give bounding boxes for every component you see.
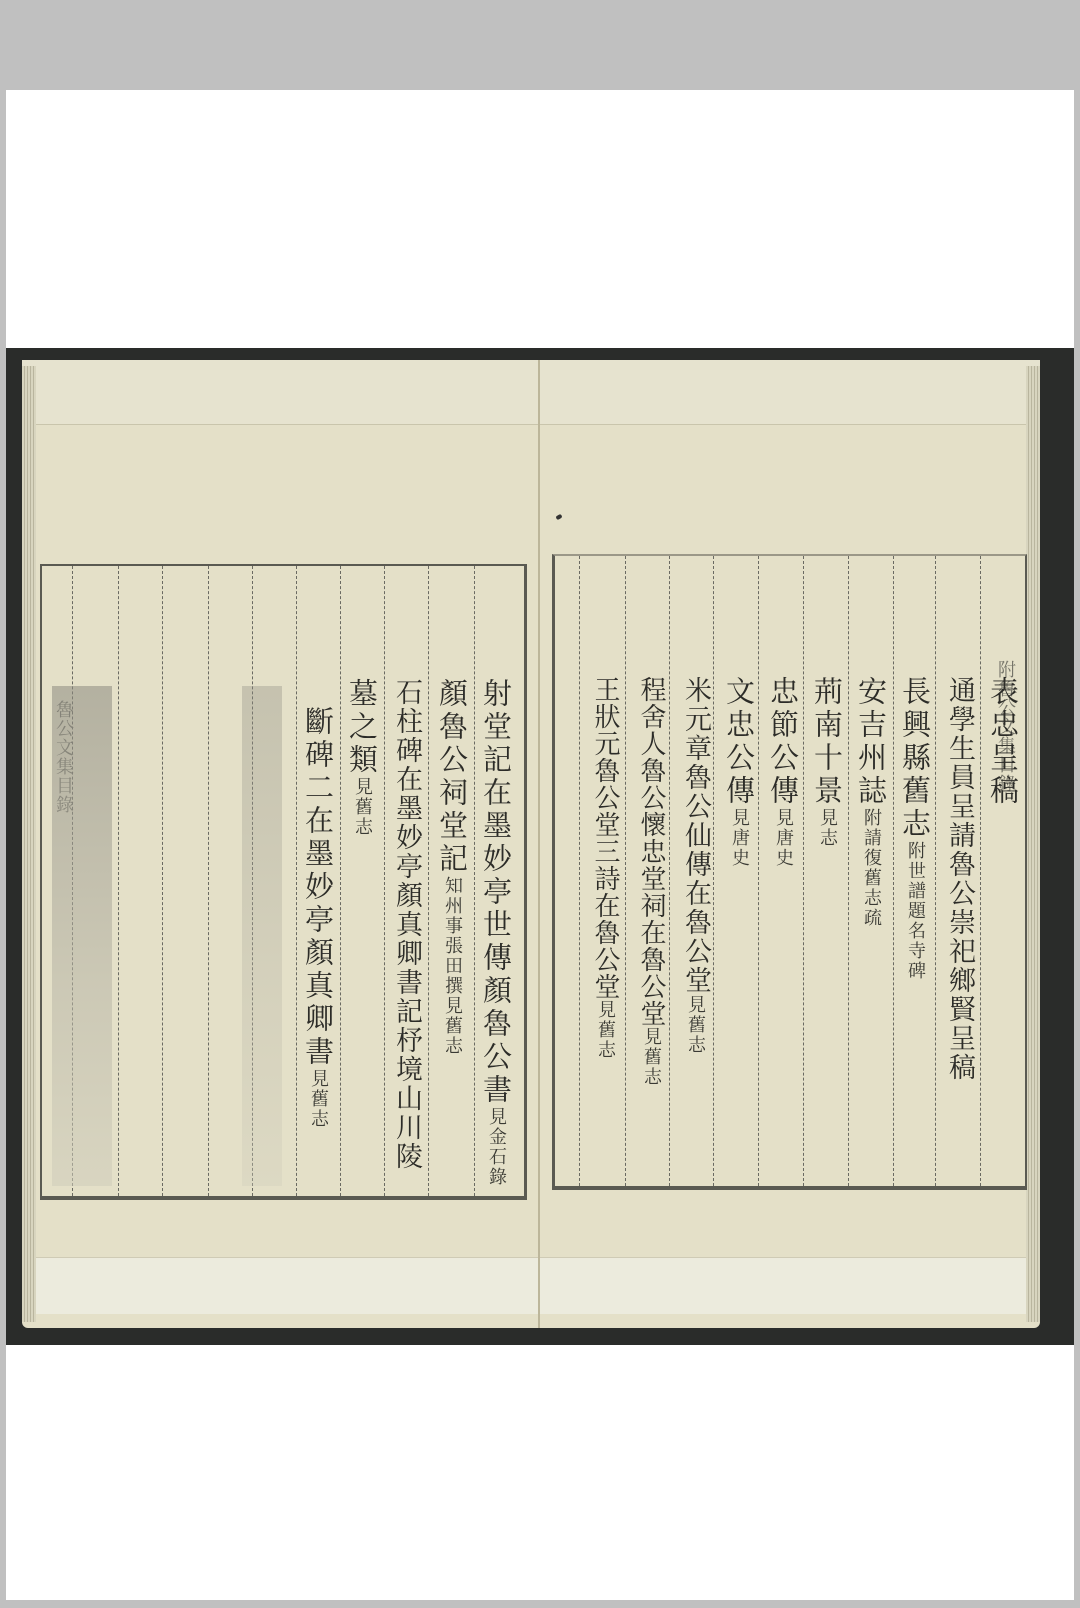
left-text-frame: 射堂記在墨妙亭世傳顏魯公書見金石錄 顏魯公祠堂記知州事張田撰見舊志 石柱碑在墨妙…	[40, 564, 527, 1200]
viewer-bottom-border	[0, 1600, 1080, 1608]
right-col-4: 安吉州誌附請復舊志疏	[853, 676, 889, 928]
left-page-top-flap	[22, 360, 540, 425]
left-col-4: 墓之類見舊志	[344, 678, 380, 837]
left-page-bottom-flap	[22, 1257, 540, 1314]
left-page-edge-stack	[22, 366, 36, 1322]
right-page: 附魯公文集目錄 表忠呈稿 通學生員呈請魯公崇祀鄉賢呈稿 長興縣舊志附世譜題名寺碑…	[540, 360, 1040, 1328]
right-col-3: 長興縣舊志附世譜題名寺碑	[897, 676, 933, 981]
ink-smudge	[52, 686, 112, 1186]
right-col-10: 王狀元魯公堂三詩在魯公堂見舊志	[587, 676, 623, 1060]
right-page-edge-stack	[1026, 366, 1040, 1322]
right-col-6: 忠節公傳見唐史	[765, 676, 801, 868]
left-col-5: 斷碑二在墨妙亭顏真卿書見舊志	[300, 706, 336, 1129]
right-col-9: 程舍人魯公懷忠堂祠在魯公堂見舊志	[633, 676, 669, 1087]
left-col-3: 石柱碑在墨妙亭顏真卿書記杼境山川陵	[388, 678, 424, 1171]
viewer-top-bar	[0, 0, 1080, 90]
left-col-2: 顏魯公祠堂記知州事張田撰見舊志	[434, 678, 470, 1056]
ink-smudge	[242, 686, 282, 1186]
right-text-frame: 表忠呈稿 通學生員呈請魯公崇祀鄉賢呈稿 長興縣舊志附世譜題名寺碑 安吉州誌附請復…	[552, 554, 1027, 1190]
right-page-bottom-flap	[540, 1257, 1040, 1314]
ink-speck	[555, 514, 562, 520]
right-col-5: 荊南十景見志	[809, 676, 845, 848]
right-col-1: 表忠呈稿	[985, 676, 1021, 808]
right-page-top-flap	[540, 360, 1040, 425]
right-col-8: 米元章魯公仙傳在魯公堂見舊志	[677, 676, 713, 1055]
right-col-2: 通學生員呈請魯公崇祀鄉賢呈稿	[941, 676, 977, 1082]
right-col-7: 文忠公傳見唐史	[721, 676, 757, 868]
left-page: 魯公文集目錄 射堂記在墨妙亭世傳顏魯公書見金石錄 顏魯公祠堂記知州事張田撰見舊志…	[22, 360, 540, 1328]
book-scan: 魯公文集目錄 射堂記在墨妙亭世傳顏魯公書見金石錄 顏魯公祠堂記知州事張田撰見舊志…	[6, 348, 1074, 1345]
left-col-1: 射堂記在墨妙亭世傳顏魯公書見金石錄	[478, 678, 514, 1187]
